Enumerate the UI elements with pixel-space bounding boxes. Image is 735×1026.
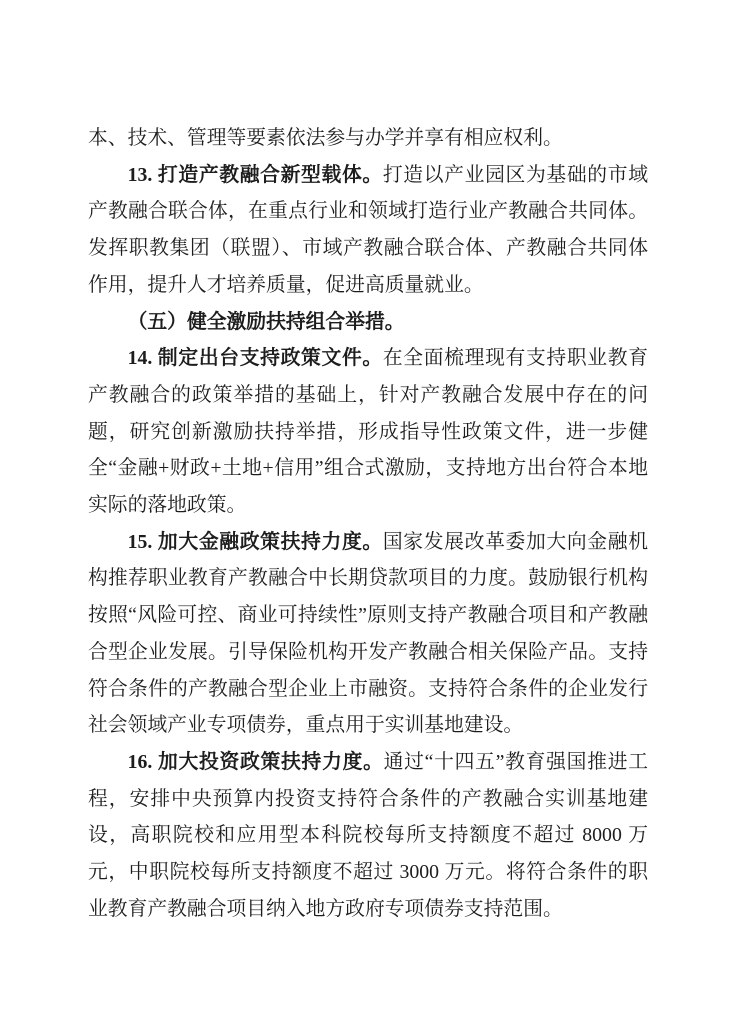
paragraph-continuation: 本、技术、管理等要素依法参与办学并享有相应权利。 (88, 120, 648, 157)
item-16-text: 通过“十四五”教育强国推进工程，安排中央预算内投资支持符合条件的产教融合实训基地… (88, 751, 648, 920)
item-16-lead: 16. 加大投资政策扶持力度。 (128, 751, 384, 773)
item-15-lead: 15. 加大金融政策扶持力度。 (128, 531, 383, 553)
item-14-text: 在全面梳理现有支持职业教育产教融合的政策举措的基础上，针对产教融合发展中存在的问… (88, 347, 648, 516)
item-13-lead: 13. 打造产教融合新型载体。 (128, 164, 383, 186)
item-14-lead: 14. 制定出台支持政策文件。 (128, 347, 383, 369)
paragraph-item-15: 15. 加大金融政策扶持力度。国家发展改革委加大向金融机构推荐职业教育产教融合中… (88, 524, 648, 744)
item-15-text: 国家发展改革委加大向金融机构推荐职业教育产教融合中长期贷款项目的力度。鼓励银行机… (88, 531, 648, 737)
document-page: 本、技术、管理等要素依法参与办学并享有相应权利。 13. 打造产教融合新型载体。… (0, 0, 735, 1026)
paragraph-item-13: 13. 打造产教融合新型载体。打造以产业园区为基础的市域产教融合联合体，在重点行… (88, 157, 648, 304)
document-body: 本、技术、管理等要素依法参与办学并享有相应权利。 13. 打造产教融合新型载体。… (88, 120, 648, 927)
paragraph-item-16: 16. 加大投资政策扶持力度。通过“十四五”教育强国推进工程，安排中央预算内投资… (88, 744, 648, 928)
paragraph-item-14: 14. 制定出台支持政策文件。在全面梳理现有支持职业教育产教融合的政策举措的基础… (88, 340, 648, 524)
section-heading-5: （五）健全激励扶持组合举措。 (88, 304, 648, 341)
